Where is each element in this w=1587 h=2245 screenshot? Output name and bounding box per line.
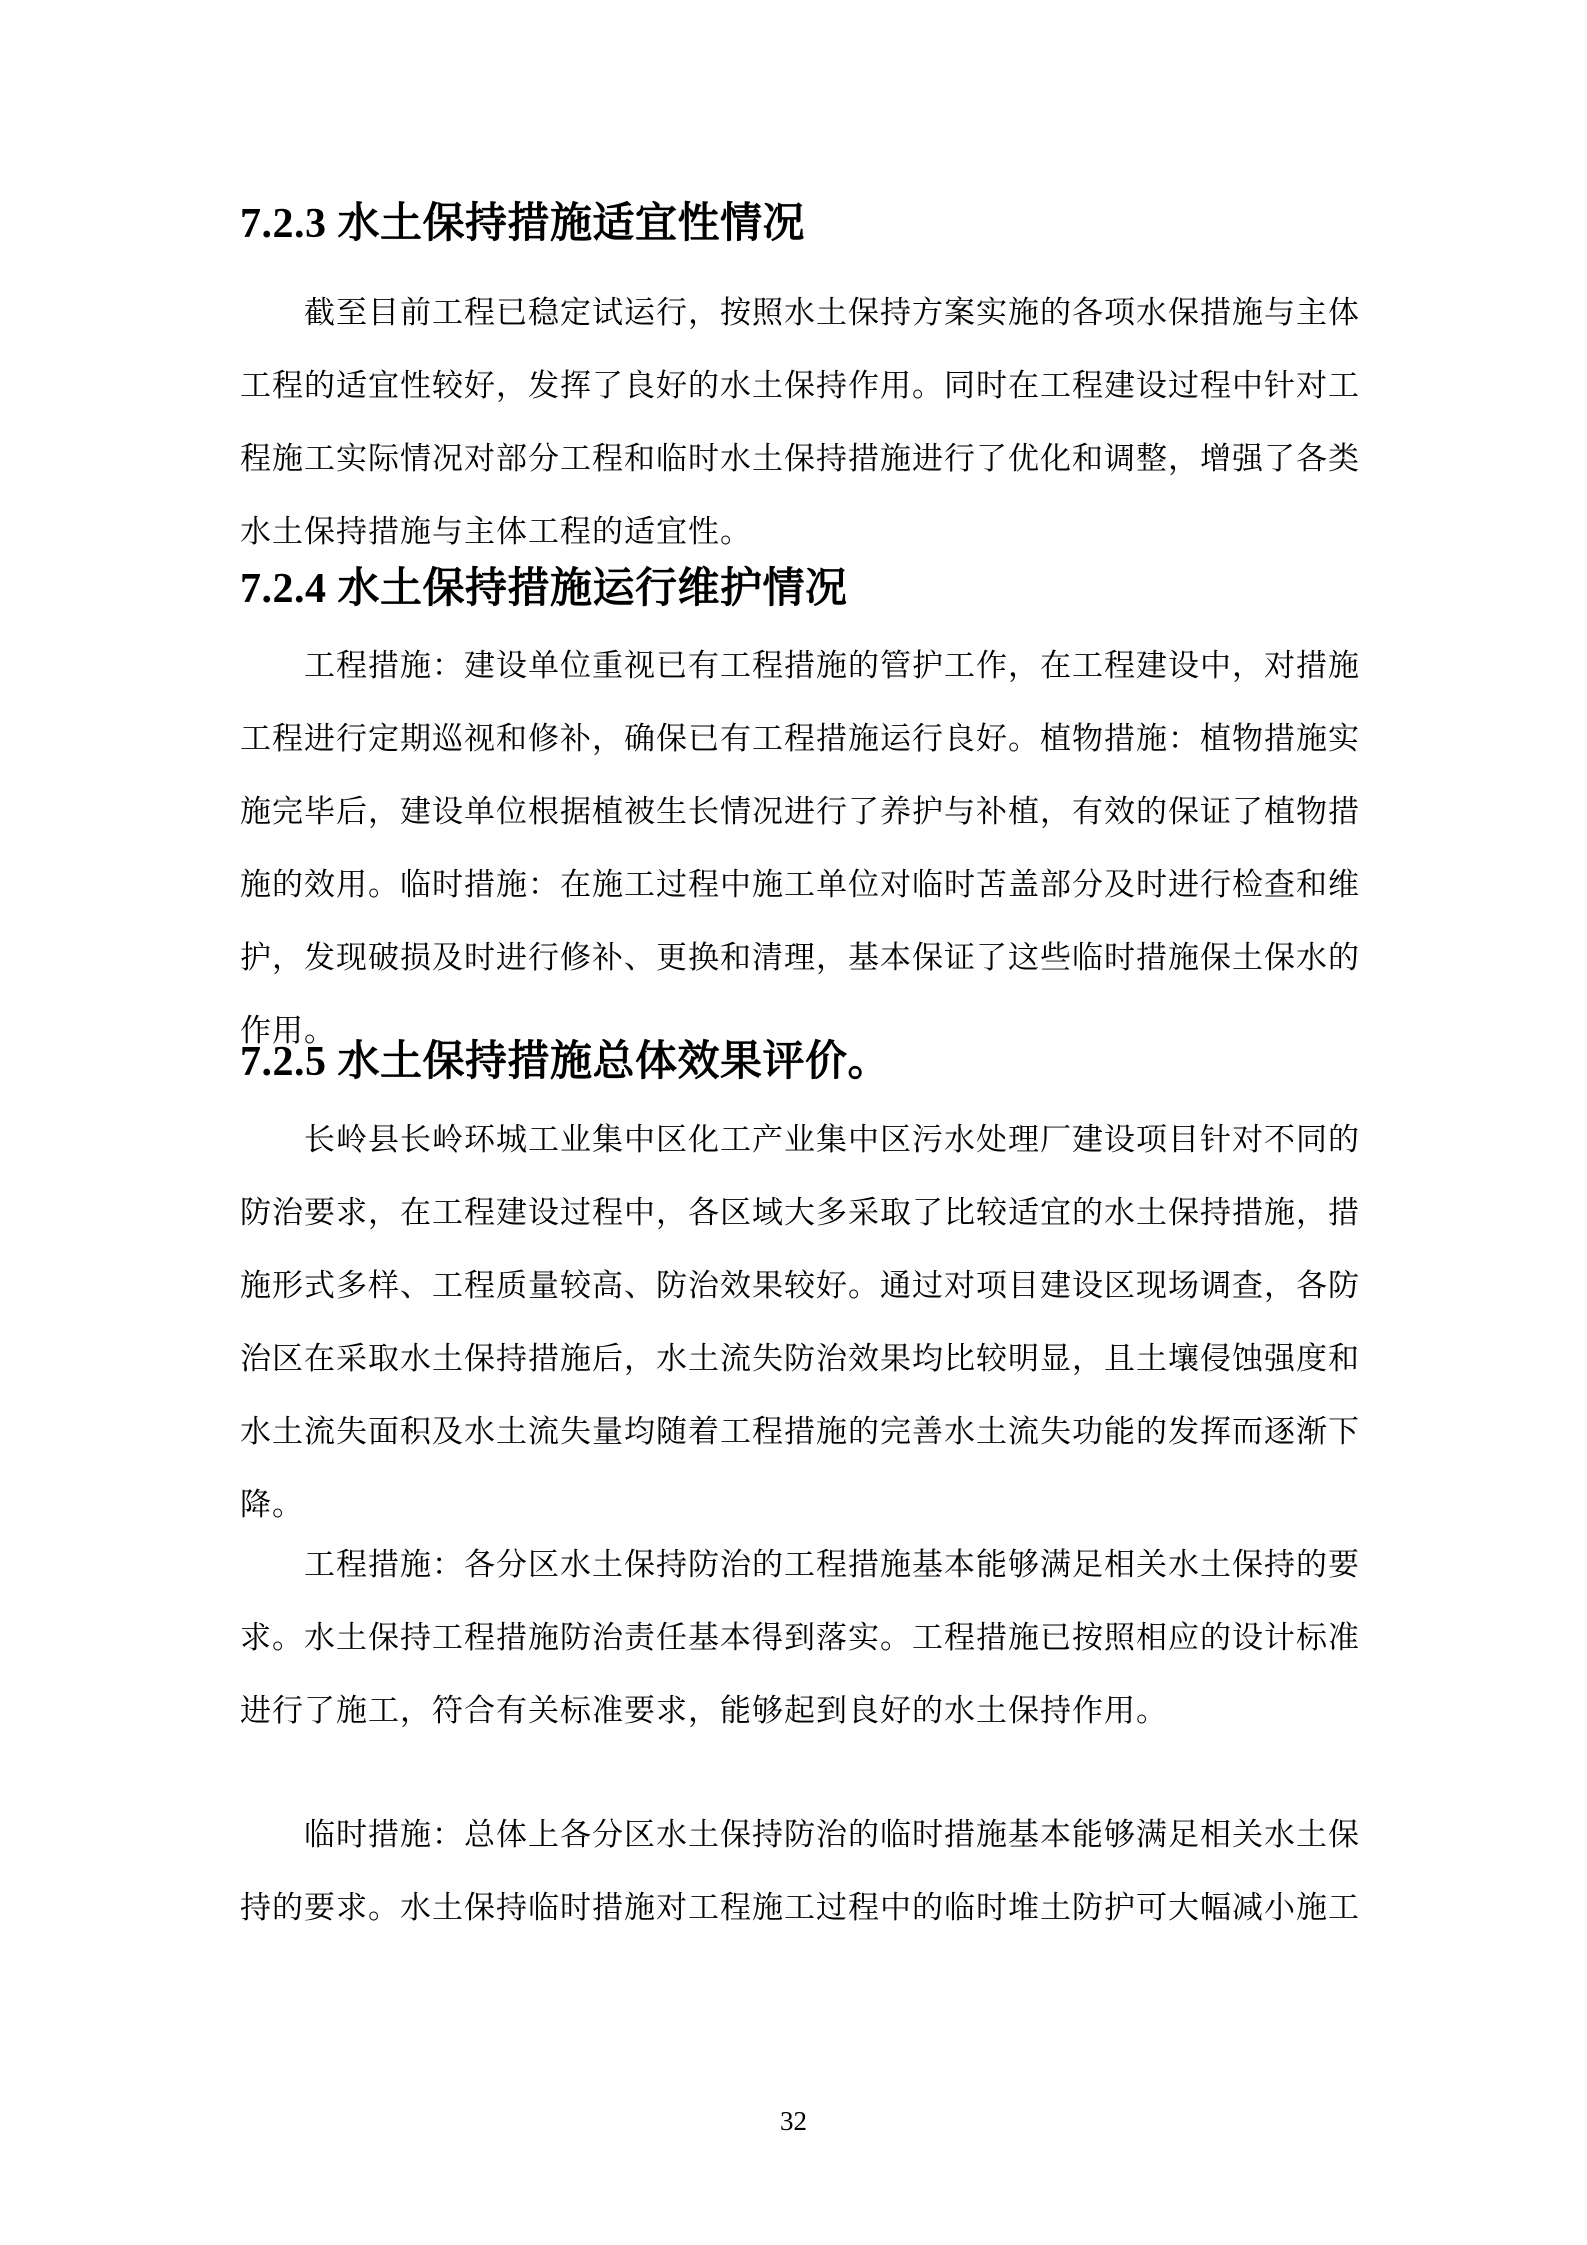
- paragraph-temporary-measures: 临时措施：总体上各分区水土保持防治的临时措施基本能够满足相关水土保持的要求。水土…: [240, 1798, 1360, 1944]
- document-page: 7.2.3 水土保持措施适宜性情况 截至目前工程已稳定试运行，按照水土保持方案实…: [0, 0, 1587, 2245]
- paragraph-overall-evaluation: 长岭县长岭环城工业集中区化工产业集中区污水处理厂建设项目针对不同的防治要求，在工…: [240, 1103, 1360, 1541]
- section-heading-7-2-3: 7.2.3 水土保持措施适宜性情况: [240, 198, 1360, 250]
- paragraph-maintenance: 工程措施：建设单位重视已有工程措施的管护工作，在工程建设中，对措施工程进行定期巡…: [240, 629, 1360, 1067]
- section-heading-7-2-5: 7.2.5 水土保持措施总体效果评价。: [240, 1036, 1360, 1088]
- section-heading-7-2-4: 7.2.4 水土保持措施运行维护情况: [240, 563, 1360, 615]
- page-number: 32: [0, 2103, 1587, 2139]
- paragraph-suitability: 截至目前工程已稳定试运行，按照水土保持方案实施的各项水保措施与主体工程的适宜性较…: [240, 276, 1360, 568]
- paragraph-engineering-measures: 工程措施：各分区水土保持防治的工程措施基本能够满足相关水土保持的要求。水土保持工…: [240, 1528, 1360, 1747]
